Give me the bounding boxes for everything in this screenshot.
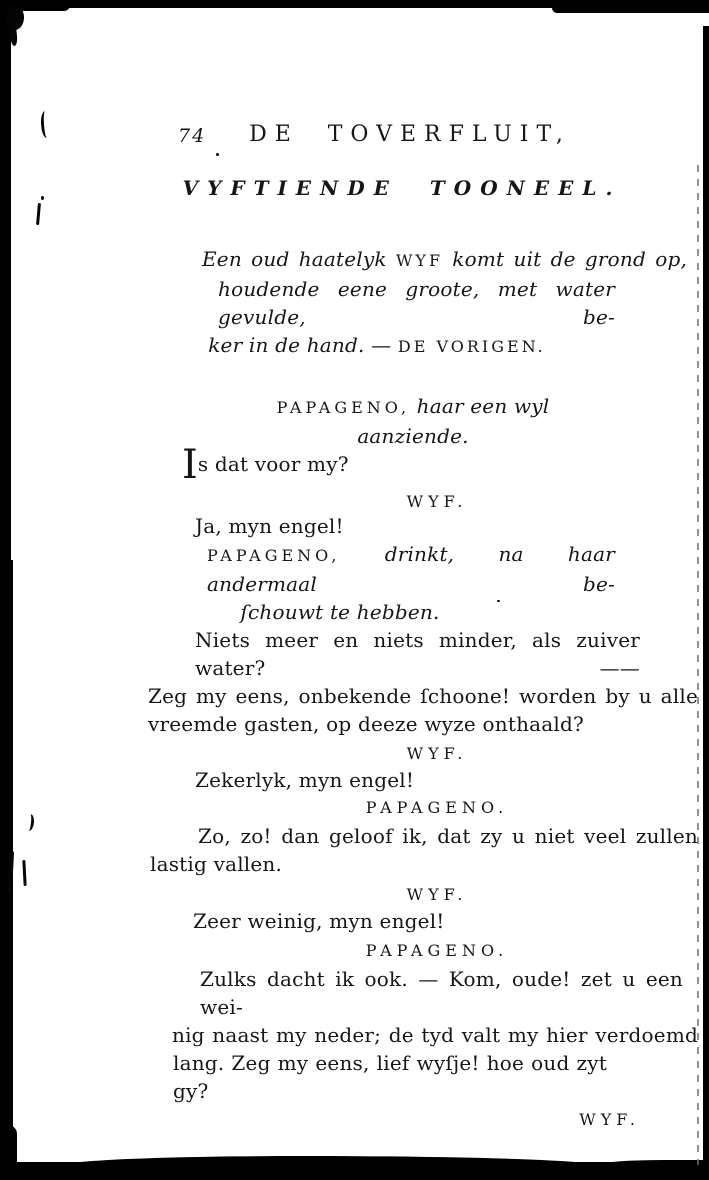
speaker-heading-papageno-2: PAPAGENO, drinkt, na haar andermaal be-: [148, 540, 698, 598]
scanned-book-page: 74 DE TOVERFLUIT, VYFTIENDE TOONEEL. Een…: [0, 0, 709, 1180]
ink-mark-left-margin-5: [22, 860, 26, 886]
speaker-name: PAPAGENO,: [207, 546, 340, 565]
dialogue-line: vreemde gasten, op deeze wyze onthaald?: [148, 710, 698, 738]
scan-edge-right: [703, 26, 709, 1180]
dialogue-line: Ja, myn engel!: [148, 512, 698, 540]
catchword: WYF.: [148, 1106, 698, 1134]
speaker-heading-papageno-1: PAPAGENO, haar een wyl aanziende.: [148, 392, 698, 450]
stage-direction-line-1: Een oud haatelyk WYF komt uit de grond o…: [148, 245, 698, 275]
ink-mark-left-margin-4: [7, 851, 14, 893]
character-name-de-vorigen: DE VORIGEN.: [398, 337, 546, 356]
speaker-heading-wyf-2: WYF.: [148, 740, 698, 768]
ink-mark-left-margin-1: [40, 111, 52, 139]
speaker-heading-wyf-3: WYF.: [148, 881, 698, 909]
ink-dot-left-margin: [41, 196, 44, 200]
page-number: 74: [178, 122, 206, 150]
dialogue-line: lastig vallen.: [148, 850, 698, 878]
speaker-name: PAPAGENO,: [277, 398, 410, 417]
dialogue-line: nig naast my neder; de tyd valt my hier …: [148, 1021, 698, 1049]
dialogue-line: Zeg my eens, onbekende ſchoone! worden b…: [148, 682, 698, 710]
speaker-heading-papageno-3: PAPAGENO.: [148, 794, 698, 822]
dialogue-text: s dat voor my?: [198, 452, 349, 476]
page-header: 74 DE TOVERFLUIT,: [148, 120, 698, 148]
drop-cap-initial: I: [182, 442, 198, 488]
dialogue-line: Zulks dacht ik ook. — Kom, oude! zet u e…: [148, 965, 698, 1021]
speaker-heading-papageno-4: PAPAGENO.: [148, 937, 698, 965]
inline-stage-direction-continued: ſchouwt te hebben.: [148, 598, 698, 626]
ink-mark-left-margin-2: [36, 203, 41, 225]
stage-direction-text: komt uit de grond op,: [452, 247, 687, 271]
stage-direction-text: ker in de hand. —: [208, 333, 391, 357]
dialogue-line: Niets meer en niets minder, als zuiver w…: [148, 626, 698, 682]
dialogue-line: Is dat voor my?: [148, 450, 698, 478]
dialogue-line: Zeer weinig, myn engel!: [148, 907, 698, 935]
running-title: DE TOVERFLUIT,: [249, 122, 571, 147]
character-name-wyf: WYF: [396, 251, 443, 270]
dialogue-line: Zo, zo! dan geloof ik, dat zy u niet vee…: [148, 822, 698, 850]
stage-direction-line-3: ker in de hand. — DE VORIGEN.: [148, 331, 698, 361]
scene-heading: VYFTIENDE TOONEEL.: [148, 174, 698, 202]
ink-mark-left-margin-3: [24, 814, 35, 832]
scan-edge-bottom: [0, 1162, 709, 1180]
stage-direction-line-2: houdende eene groote, met water gevulde,…: [148, 275, 698, 331]
dialogue-line: lang. Zeg my eens, lief wyſje! hoe oud z…: [148, 1049, 698, 1105]
stage-direction-text: Een oud haatelyk: [202, 247, 387, 271]
page-text-block: 74 DE TOVERFLUIT, VYFTIENDE TOONEEL. Een…: [148, 0, 698, 1134]
dialogue-line: Zekerlyk, myn engel!: [148, 766, 698, 794]
